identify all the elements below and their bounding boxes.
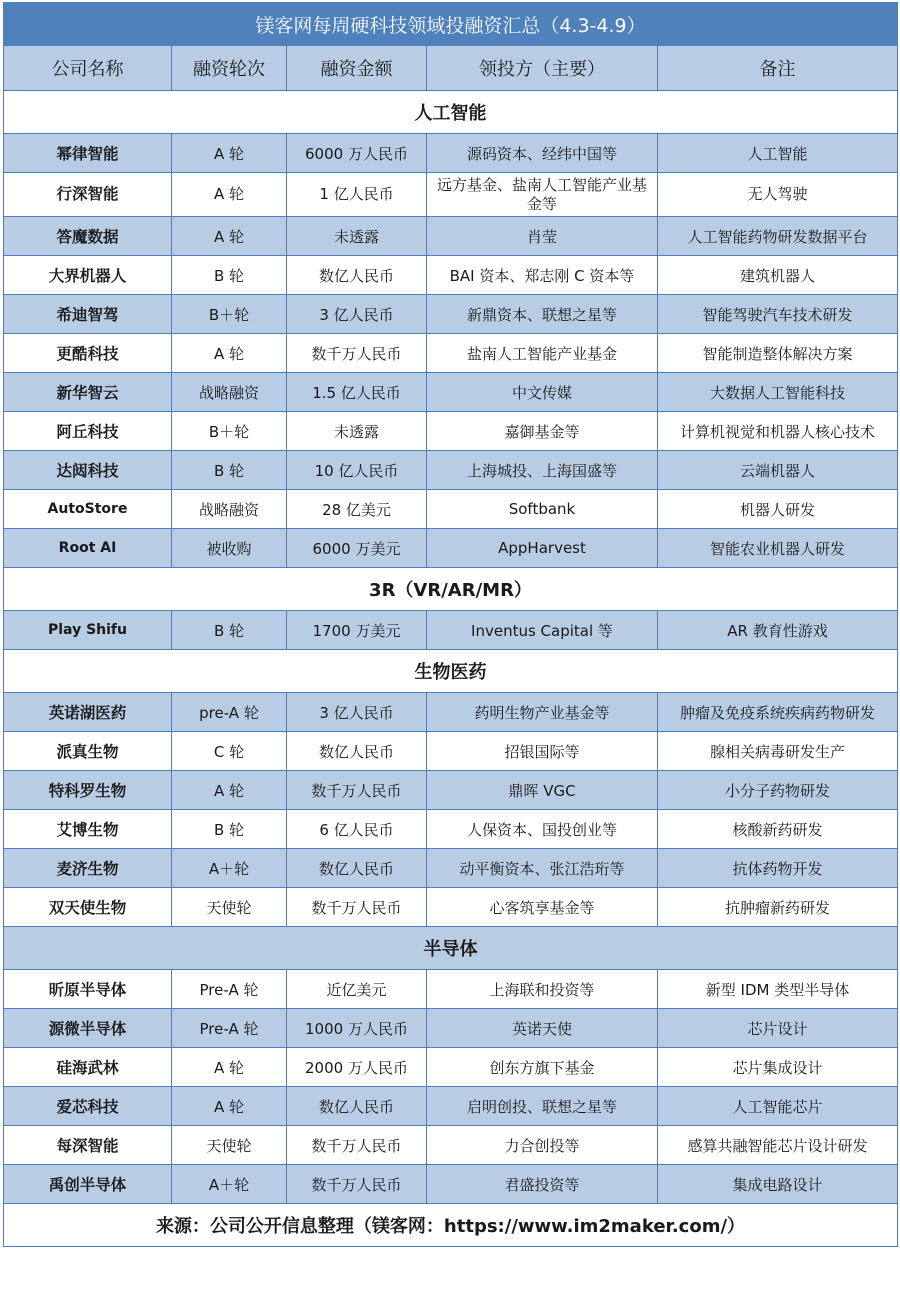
cell-investor: 远方基金、盐南人工智能产业基金等 <box>427 173 658 217</box>
table-row: 双天使生物天使轮数千万人民币心客筑享基金等抗肿瘤新药研发 <box>4 888 898 927</box>
cell-investor: 君盛投资等 <box>427 1165 658 1204</box>
cell-amount: 2000 万人民币 <box>287 1048 427 1087</box>
table-title: 镁客网每周硬科技领域投融资汇总（4.3-4.9） <box>4 3 898 46</box>
cell-round: A 轮 <box>172 334 287 373</box>
cell-round: A 轮 <box>172 1048 287 1087</box>
cell-round: C 轮 <box>172 732 287 771</box>
cell-amount: 6 亿人民币 <box>287 810 427 849</box>
cell-amount: 数千万人民币 <box>287 1126 427 1165</box>
cell-note: 小分子药物研发 <box>658 771 898 810</box>
cell-amount: 数亿人民币 <box>287 732 427 771</box>
cell-note: 人工智能芯片 <box>658 1087 898 1126</box>
cell-company: 麦济生物 <box>4 849 172 888</box>
financing-table: 镁客网每周硬科技领域投融资汇总（4.3-4.9） 公司名称 融资轮次 融资金额 … <box>3 2 898 1247</box>
cell-investor: AppHarvest <box>427 529 658 568</box>
cell-investor: 新鼎资本、联想之星等 <box>427 295 658 334</box>
cell-investor: 嘉御基金等 <box>427 412 658 451</box>
cell-note: 建筑机器人 <box>658 256 898 295</box>
cell-company: AutoStore <box>4 490 172 529</box>
cell-company: 源微半导体 <box>4 1009 172 1048</box>
table-row: 爱芯科技A 轮数亿人民币启明创投、联想之星等人工智能芯片 <box>4 1087 898 1126</box>
section-heading: 3R（VR/AR/MR） <box>4 568 898 611</box>
cell-amount: 28 亿美元 <box>287 490 427 529</box>
cell-amount: 1.5 亿人民币 <box>287 373 427 412</box>
cell-round: 被收购 <box>172 529 287 568</box>
cell-investor: Softbank <box>427 490 658 529</box>
cell-investor: 盐南人工智能产业基金 <box>427 334 658 373</box>
cell-amount: 1700 万美元 <box>287 611 427 650</box>
column-header-amount: 融资金额 <box>287 46 427 91</box>
table-row: 源微半导体Pre-A 轮1000 万人民币英诺天使芯片设计 <box>4 1009 898 1048</box>
cell-note: 无人驾驶 <box>658 173 898 217</box>
section-heading: 人工智能 <box>4 91 898 134</box>
cell-amount: 6000 万美元 <box>287 529 427 568</box>
cell-investor: 人保资本、国投创业等 <box>427 810 658 849</box>
cell-round: pre-A 轮 <box>172 693 287 732</box>
cell-investor: 上海联和投资等 <box>427 970 658 1009</box>
cell-note: 感算共融智能芯片设计研发 <box>658 1126 898 1165</box>
cell-amount: 3 亿人民币 <box>287 693 427 732</box>
column-header-round: 融资轮次 <box>172 46 287 91</box>
cell-amount: 数千万人民币 <box>287 888 427 927</box>
cell-round: B＋轮 <box>172 295 287 334</box>
cell-round: A 轮 <box>172 134 287 173</box>
cell-company: Root AI <box>4 529 172 568</box>
financing-summary: 镁客网每周硬科技领域投融资汇总（4.3-4.9） 公司名称 融资轮次 融资金额 … <box>3 2 897 1247</box>
cell-investor: 源码资本、经纬中国等 <box>427 134 658 173</box>
cell-company: 禹创半导体 <box>4 1165 172 1204</box>
table-row: 麦济生物A＋轮数亿人民币动平衡资本、张江浩珩等抗体药物开发 <box>4 849 898 888</box>
cell-round: Pre-A 轮 <box>172 970 287 1009</box>
table-row: Root AI被收购6000 万美元AppHarvest智能农业机器人研发 <box>4 529 898 568</box>
cell-note: 人工智能 <box>658 134 898 173</box>
cell-investor: 英诺天使 <box>427 1009 658 1048</box>
section-row: 半导体 <box>4 927 898 970</box>
cell-round: A 轮 <box>172 1087 287 1126</box>
cell-company: 幂律智能 <box>4 134 172 173</box>
cell-investor: BAI 资本、郑志刚 C 资本等 <box>427 256 658 295</box>
cell-note: 新型 IDM 类型半导体 <box>658 970 898 1009</box>
cell-note: 云端机器人 <box>658 451 898 490</box>
cell-investor: 创东方旗下基金 <box>427 1048 658 1087</box>
cell-company: 硅海武林 <box>4 1048 172 1087</box>
cell-note: 智能驾驶汽车技术研发 <box>658 295 898 334</box>
cell-amount: 10 亿人民币 <box>287 451 427 490</box>
table-row: Play ShifuB 轮1700 万美元Inventus Capital 等A… <box>4 611 898 650</box>
source-note: 来源：公司公开信息整理（镁客网：https://www.im2maker.com… <box>4 1204 898 1247</box>
section-heading: 半导体 <box>4 927 898 970</box>
cell-note: 芯片设计 <box>658 1009 898 1048</box>
table-row: 更酷科技A 轮数千万人民币盐南人工智能产业基金智能制造整体解决方案 <box>4 334 898 373</box>
cell-company: 大界机器人 <box>4 256 172 295</box>
cell-round: B 轮 <box>172 256 287 295</box>
cell-investor: 招银国际等 <box>427 732 658 771</box>
cell-amount: 未透露 <box>287 412 427 451</box>
cell-note: AR 教育性游戏 <box>658 611 898 650</box>
cell-note: 集成电路设计 <box>658 1165 898 1204</box>
table-row: 派真生物C 轮数亿人民币招银国际等腺相关病毒研发生产 <box>4 732 898 771</box>
cell-company: 更酷科技 <box>4 334 172 373</box>
cell-note: 抗肿瘤新药研发 <box>658 888 898 927</box>
cell-investor: 肖莹 <box>427 217 658 256</box>
cell-round: A 轮 <box>172 173 287 217</box>
cell-company: 双天使生物 <box>4 888 172 927</box>
cell-note: 芯片集成设计 <box>658 1048 898 1087</box>
cell-company: 行深智能 <box>4 173 172 217</box>
cell-investor: 鼎晖 VGC <box>427 771 658 810</box>
cell-amount: 数亿人民币 <box>287 256 427 295</box>
table-row: 大界机器人B 轮数亿人民币BAI 资本、郑志刚 C 资本等建筑机器人 <box>4 256 898 295</box>
table-row: 英诺湖医药pre-A 轮3 亿人民币药明生物产业基金等肿瘤及免疫系统疾病药物研发 <box>4 693 898 732</box>
section-row: 生物医药 <box>4 650 898 693</box>
cell-investor: 力合创投等 <box>427 1126 658 1165</box>
cell-note: 智能制造整体解决方案 <box>658 334 898 373</box>
header-row: 公司名称 融资轮次 融资金额 领投方（主要） 备注 <box>4 46 898 91</box>
table-row: 每深智能天使轮数千万人民币力合创投等感算共融智能芯片设计研发 <box>4 1126 898 1165</box>
cell-company: 爱芯科技 <box>4 1087 172 1126</box>
table-row: 行深智能A 轮1 亿人民币远方基金、盐南人工智能产业基金等无人驾驶 <box>4 173 898 217</box>
cell-amount: 数千万人民币 <box>287 771 427 810</box>
cell-amount: 3 亿人民币 <box>287 295 427 334</box>
cell-round: B＋轮 <box>172 412 287 451</box>
column-header-note: 备注 <box>658 46 898 91</box>
cell-company: 达闼科技 <box>4 451 172 490</box>
cell-amount: 数亿人民币 <box>287 1087 427 1126</box>
column-header-investor: 领投方（主要） <box>427 46 658 91</box>
table-row: 特科罗生物A 轮数千万人民币鼎晖 VGC小分子药物研发 <box>4 771 898 810</box>
cell-round: B 轮 <box>172 611 287 650</box>
table-row: 达闼科技B 轮10 亿人民币上海城投、上海国盛等云端机器人 <box>4 451 898 490</box>
cell-investor: 启明创投、联想之星等 <box>427 1087 658 1126</box>
cell-round: Pre-A 轮 <box>172 1009 287 1048</box>
table-row: 阿丘科技B＋轮未透露嘉御基金等计算机视觉和机器人核心技术 <box>4 412 898 451</box>
cell-company: 英诺湖医药 <box>4 693 172 732</box>
cell-amount: 1000 万人民币 <box>287 1009 427 1048</box>
cell-round: A 轮 <box>172 771 287 810</box>
cell-round: 天使轮 <box>172 1126 287 1165</box>
table-row: 禹创半导体A＋轮数千万人民币君盛投资等集成电路设计 <box>4 1165 898 1204</box>
cell-company: 昕原半导体 <box>4 970 172 1009</box>
cell-amount: 数千万人民币 <box>287 1165 427 1204</box>
table-row: 幂律智能A 轮6000 万人民币源码资本、经纬中国等人工智能 <box>4 134 898 173</box>
table-row: 希迪智驾B＋轮3 亿人民币新鼎资本、联想之星等智能驾驶汽车技术研发 <box>4 295 898 334</box>
cell-investor: Inventus Capital 等 <box>427 611 658 650</box>
cell-investor: 心客筑享基金等 <box>427 888 658 927</box>
cell-investor: 中文传媒 <box>427 373 658 412</box>
cell-company: 新华智云 <box>4 373 172 412</box>
cell-amount: 近亿美元 <box>287 970 427 1009</box>
cell-company: 答魔数据 <box>4 217 172 256</box>
table-row: 硅海武林A 轮2000 万人民币创东方旗下基金芯片集成设计 <box>4 1048 898 1087</box>
cell-round: A 轮 <box>172 217 287 256</box>
cell-amount: 6000 万人民币 <box>287 134 427 173</box>
cell-note: 抗体药物开发 <box>658 849 898 888</box>
cell-company: 希迪智驾 <box>4 295 172 334</box>
section-heading: 生物医药 <box>4 650 898 693</box>
section-row: 3R（VR/AR/MR） <box>4 568 898 611</box>
cell-company: 每深智能 <box>4 1126 172 1165</box>
cell-note: 智能农业机器人研发 <box>658 529 898 568</box>
column-header-company: 公司名称 <box>4 46 172 91</box>
cell-amount: 数亿人民币 <box>287 849 427 888</box>
cell-round: 天使轮 <box>172 888 287 927</box>
cell-round: B 轮 <box>172 810 287 849</box>
table-row: 艾博生物B 轮6 亿人民币人保资本、国投创业等核酸新药研发 <box>4 810 898 849</box>
table-row: 新华智云战略融资1.5 亿人民币中文传媒大数据人工智能科技 <box>4 373 898 412</box>
cell-investor: 上海城投、上海国盛等 <box>427 451 658 490</box>
table-row: 昕原半导体Pre-A 轮近亿美元上海联和投资等新型 IDM 类型半导体 <box>4 970 898 1009</box>
cell-amount: 1 亿人民币 <box>287 173 427 217</box>
cell-note: 机器人研发 <box>658 490 898 529</box>
cell-note: 计算机视觉和机器人核心技术 <box>658 412 898 451</box>
cell-round: A＋轮 <box>172 1165 287 1204</box>
section-row: 人工智能 <box>4 91 898 134</box>
cell-note: 腺相关病毒研发生产 <box>658 732 898 771</box>
cell-company: 阿丘科技 <box>4 412 172 451</box>
cell-company: 特科罗生物 <box>4 771 172 810</box>
cell-round: 战略融资 <box>172 490 287 529</box>
table-row: 答魔数据A 轮未透露肖莹人工智能药物研发数据平台 <box>4 217 898 256</box>
cell-amount: 数千万人民币 <box>287 334 427 373</box>
cell-company: 艾博生物 <box>4 810 172 849</box>
footer-row: 来源：公司公开信息整理（镁客网：https://www.im2maker.com… <box>4 1204 898 1247</box>
cell-investor: 药明生物产业基金等 <box>427 693 658 732</box>
cell-note: 核酸新药研发 <box>658 810 898 849</box>
cell-company: Play Shifu <box>4 611 172 650</box>
cell-note: 肿瘤及免疫系统疾病药物研发 <box>658 693 898 732</box>
cell-round: A＋轮 <box>172 849 287 888</box>
cell-note: 人工智能药物研发数据平台 <box>658 217 898 256</box>
cell-round: 战略融资 <box>172 373 287 412</box>
cell-note: 大数据人工智能科技 <box>658 373 898 412</box>
table-row: AutoStore战略融资28 亿美元Softbank机器人研发 <box>4 490 898 529</box>
cell-company: 派真生物 <box>4 732 172 771</box>
cell-amount: 未透露 <box>287 217 427 256</box>
cell-round: B 轮 <box>172 451 287 490</box>
cell-investor: 动平衡资本、张江浩珩等 <box>427 849 658 888</box>
